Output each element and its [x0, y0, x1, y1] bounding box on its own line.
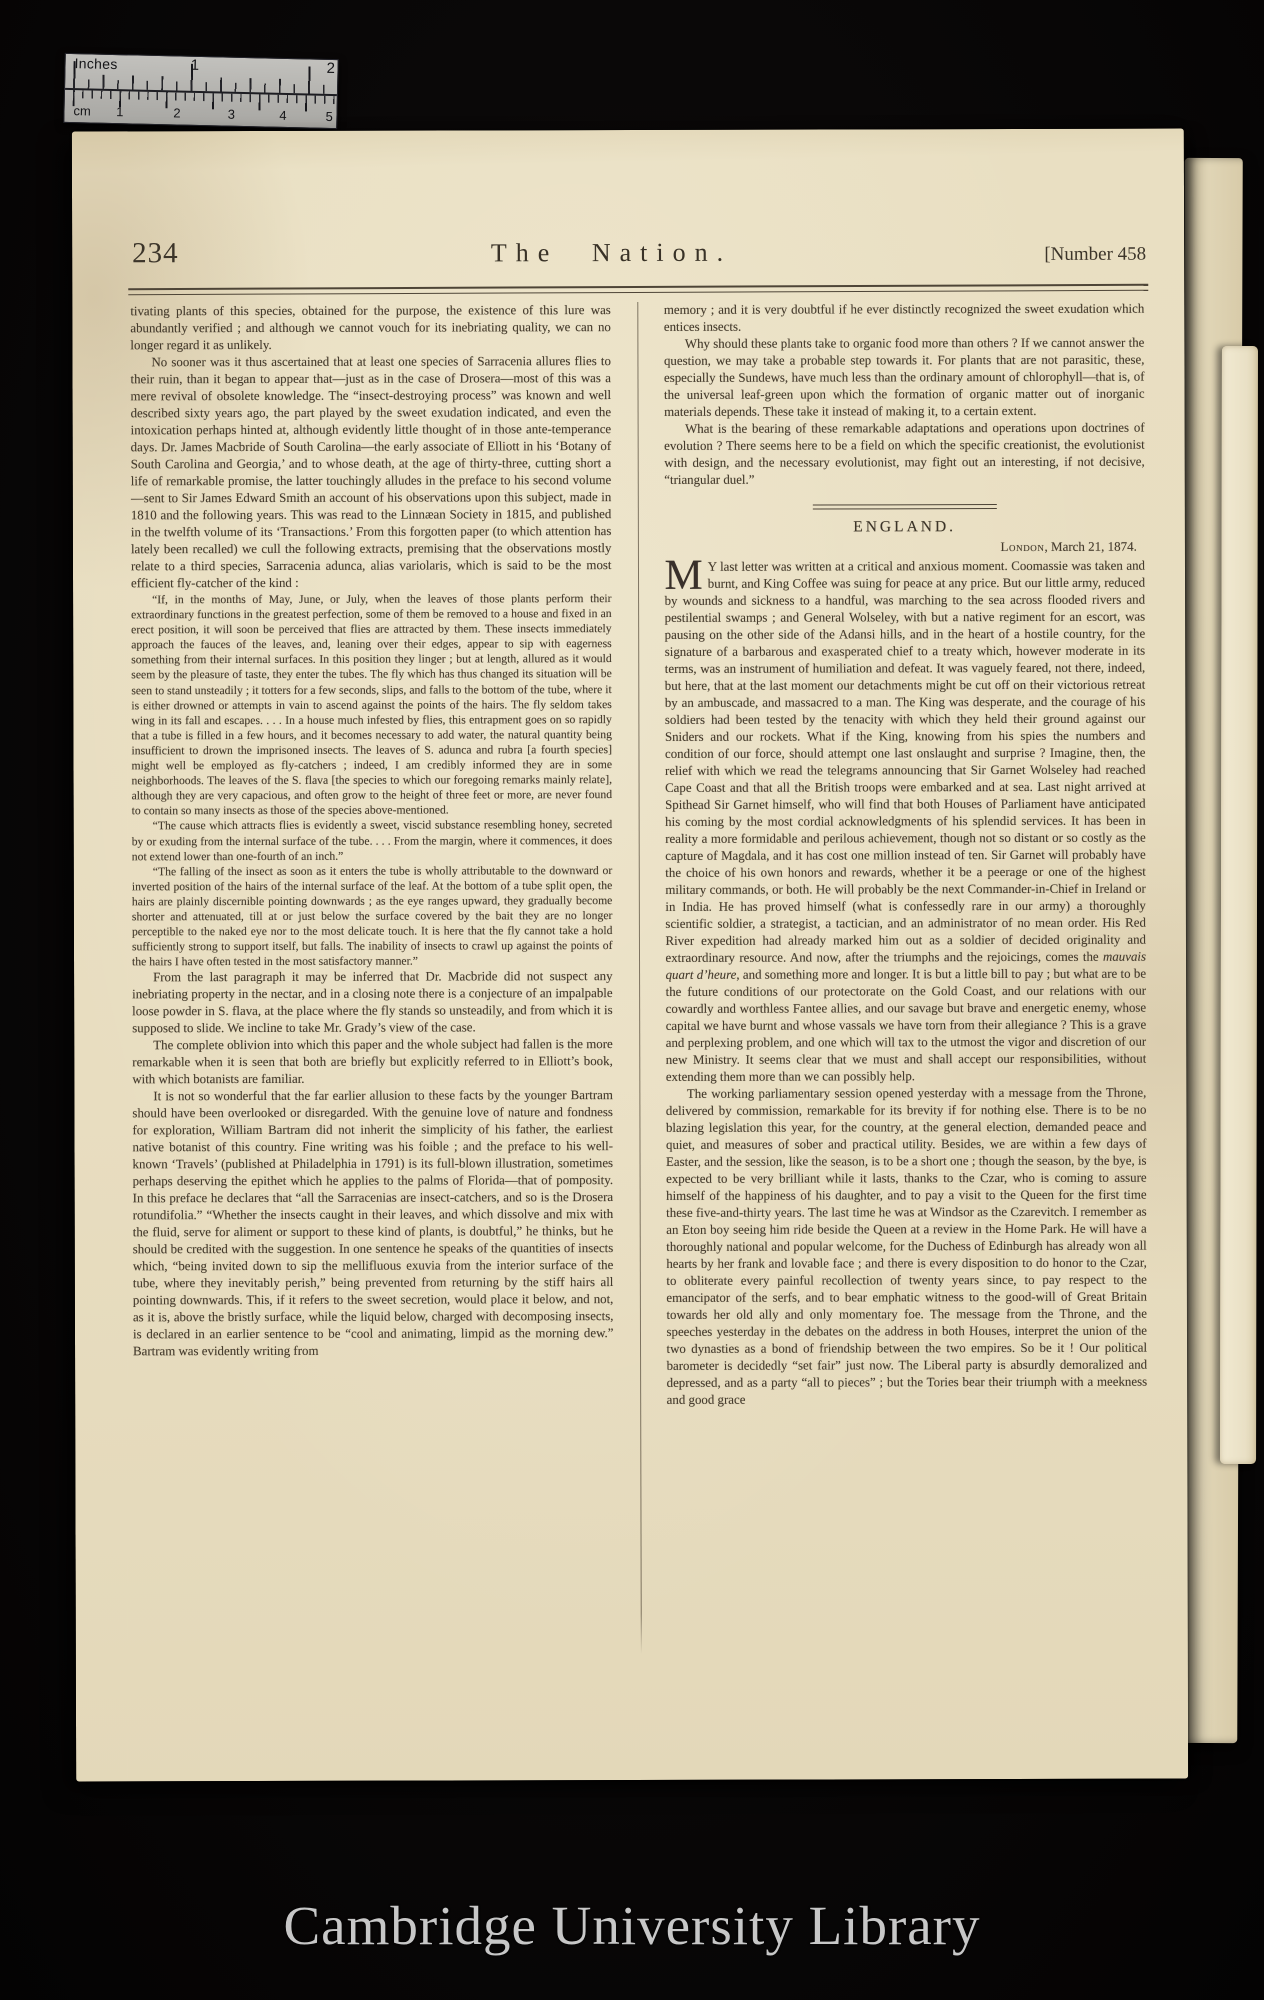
- body-paragraph: What is the bearing of these remarkable …: [664, 420, 1145, 489]
- body-paragraph: memory ; and it is very doubtful if he e…: [664, 301, 1145, 336]
- header-double-rule: [128, 284, 1148, 295]
- quoted-extract: “The falling of the insect as soon as it…: [132, 863, 613, 970]
- ruler-number: 4: [279, 108, 287, 123]
- quoted-extract: “The cause which attracts flies is evide…: [132, 817, 613, 864]
- ruler-number: 1: [116, 104, 124, 119]
- ruler-number: 3: [227, 107, 235, 122]
- body-paragraph: From the last paragraph it may be inferr…: [132, 968, 613, 1037]
- text-columns: tivating plants of this species, obtaine…: [130, 301, 1148, 1656]
- body-paragraph: Why should these plants take to organic …: [664, 335, 1145, 421]
- ruler-inch-numbers: 12: [65, 54, 338, 94]
- quoted-extract: “If, in the months of May, June, or July…: [131, 591, 612, 819]
- section-divider-rule: [813, 504, 997, 509]
- ruler-number: 5: [325, 109, 333, 124]
- page-number: 234: [132, 237, 179, 270]
- ruler-cm-scale: cm 12345: [64, 90, 337, 126]
- left-column: tivating plants of this species, obtaine…: [130, 302, 614, 1655]
- torn-page-strip: [1220, 346, 1258, 1464]
- page-header: 234 The Nation. [Number 458: [132, 235, 1146, 271]
- right-column: memory ; and it is very doubtful if he e…: [664, 301, 1148, 1654]
- scanned-page-photograph: Inches 12 cm 12345 234 The Nation. [Numb…: [0, 0, 1264, 2000]
- body-paragraph: The working parliamentary session opened…: [666, 1085, 1147, 1409]
- magazine-page: 234 The Nation. [Number 458 tivating pla…: [72, 129, 1188, 1782]
- ruler-inches-scale: Inches 12: [65, 54, 338, 96]
- body-paragraph: The complete oblivion into which this pa…: [132, 1036, 613, 1088]
- body-paragraph: It is not so wonderful that the far earl…: [132, 1087, 613, 1360]
- ruler-number: 1: [190, 57, 199, 74]
- column-divider-rule: [637, 302, 642, 1654]
- drop-cap: M: [664, 559, 707, 592]
- ruler-number: 2: [326, 60, 335, 77]
- library-watermark: Cambridge University Library: [0, 1894, 1264, 1957]
- issue-number: [Number 458: [1044, 244, 1146, 266]
- ruler-cm-numbers: 12345: [64, 90, 337, 126]
- ruler-number: 2: [173, 105, 181, 120]
- dateline: London, March 21, 1874.: [664, 538, 1145, 556]
- body-paragraph: tivating plants of this species, obtaine…: [130, 302, 611, 354]
- section-heading: ENGLAND.: [664, 518, 1145, 536]
- body-paragraph: No sooner was it thus ascertained that a…: [130, 353, 611, 592]
- journal-title: The Nation.: [179, 237, 1045, 269]
- body-paragraph: MY last letter was written at a critical…: [664, 558, 1146, 1086]
- measurement-ruler: Inches 12 cm 12345: [63, 53, 339, 129]
